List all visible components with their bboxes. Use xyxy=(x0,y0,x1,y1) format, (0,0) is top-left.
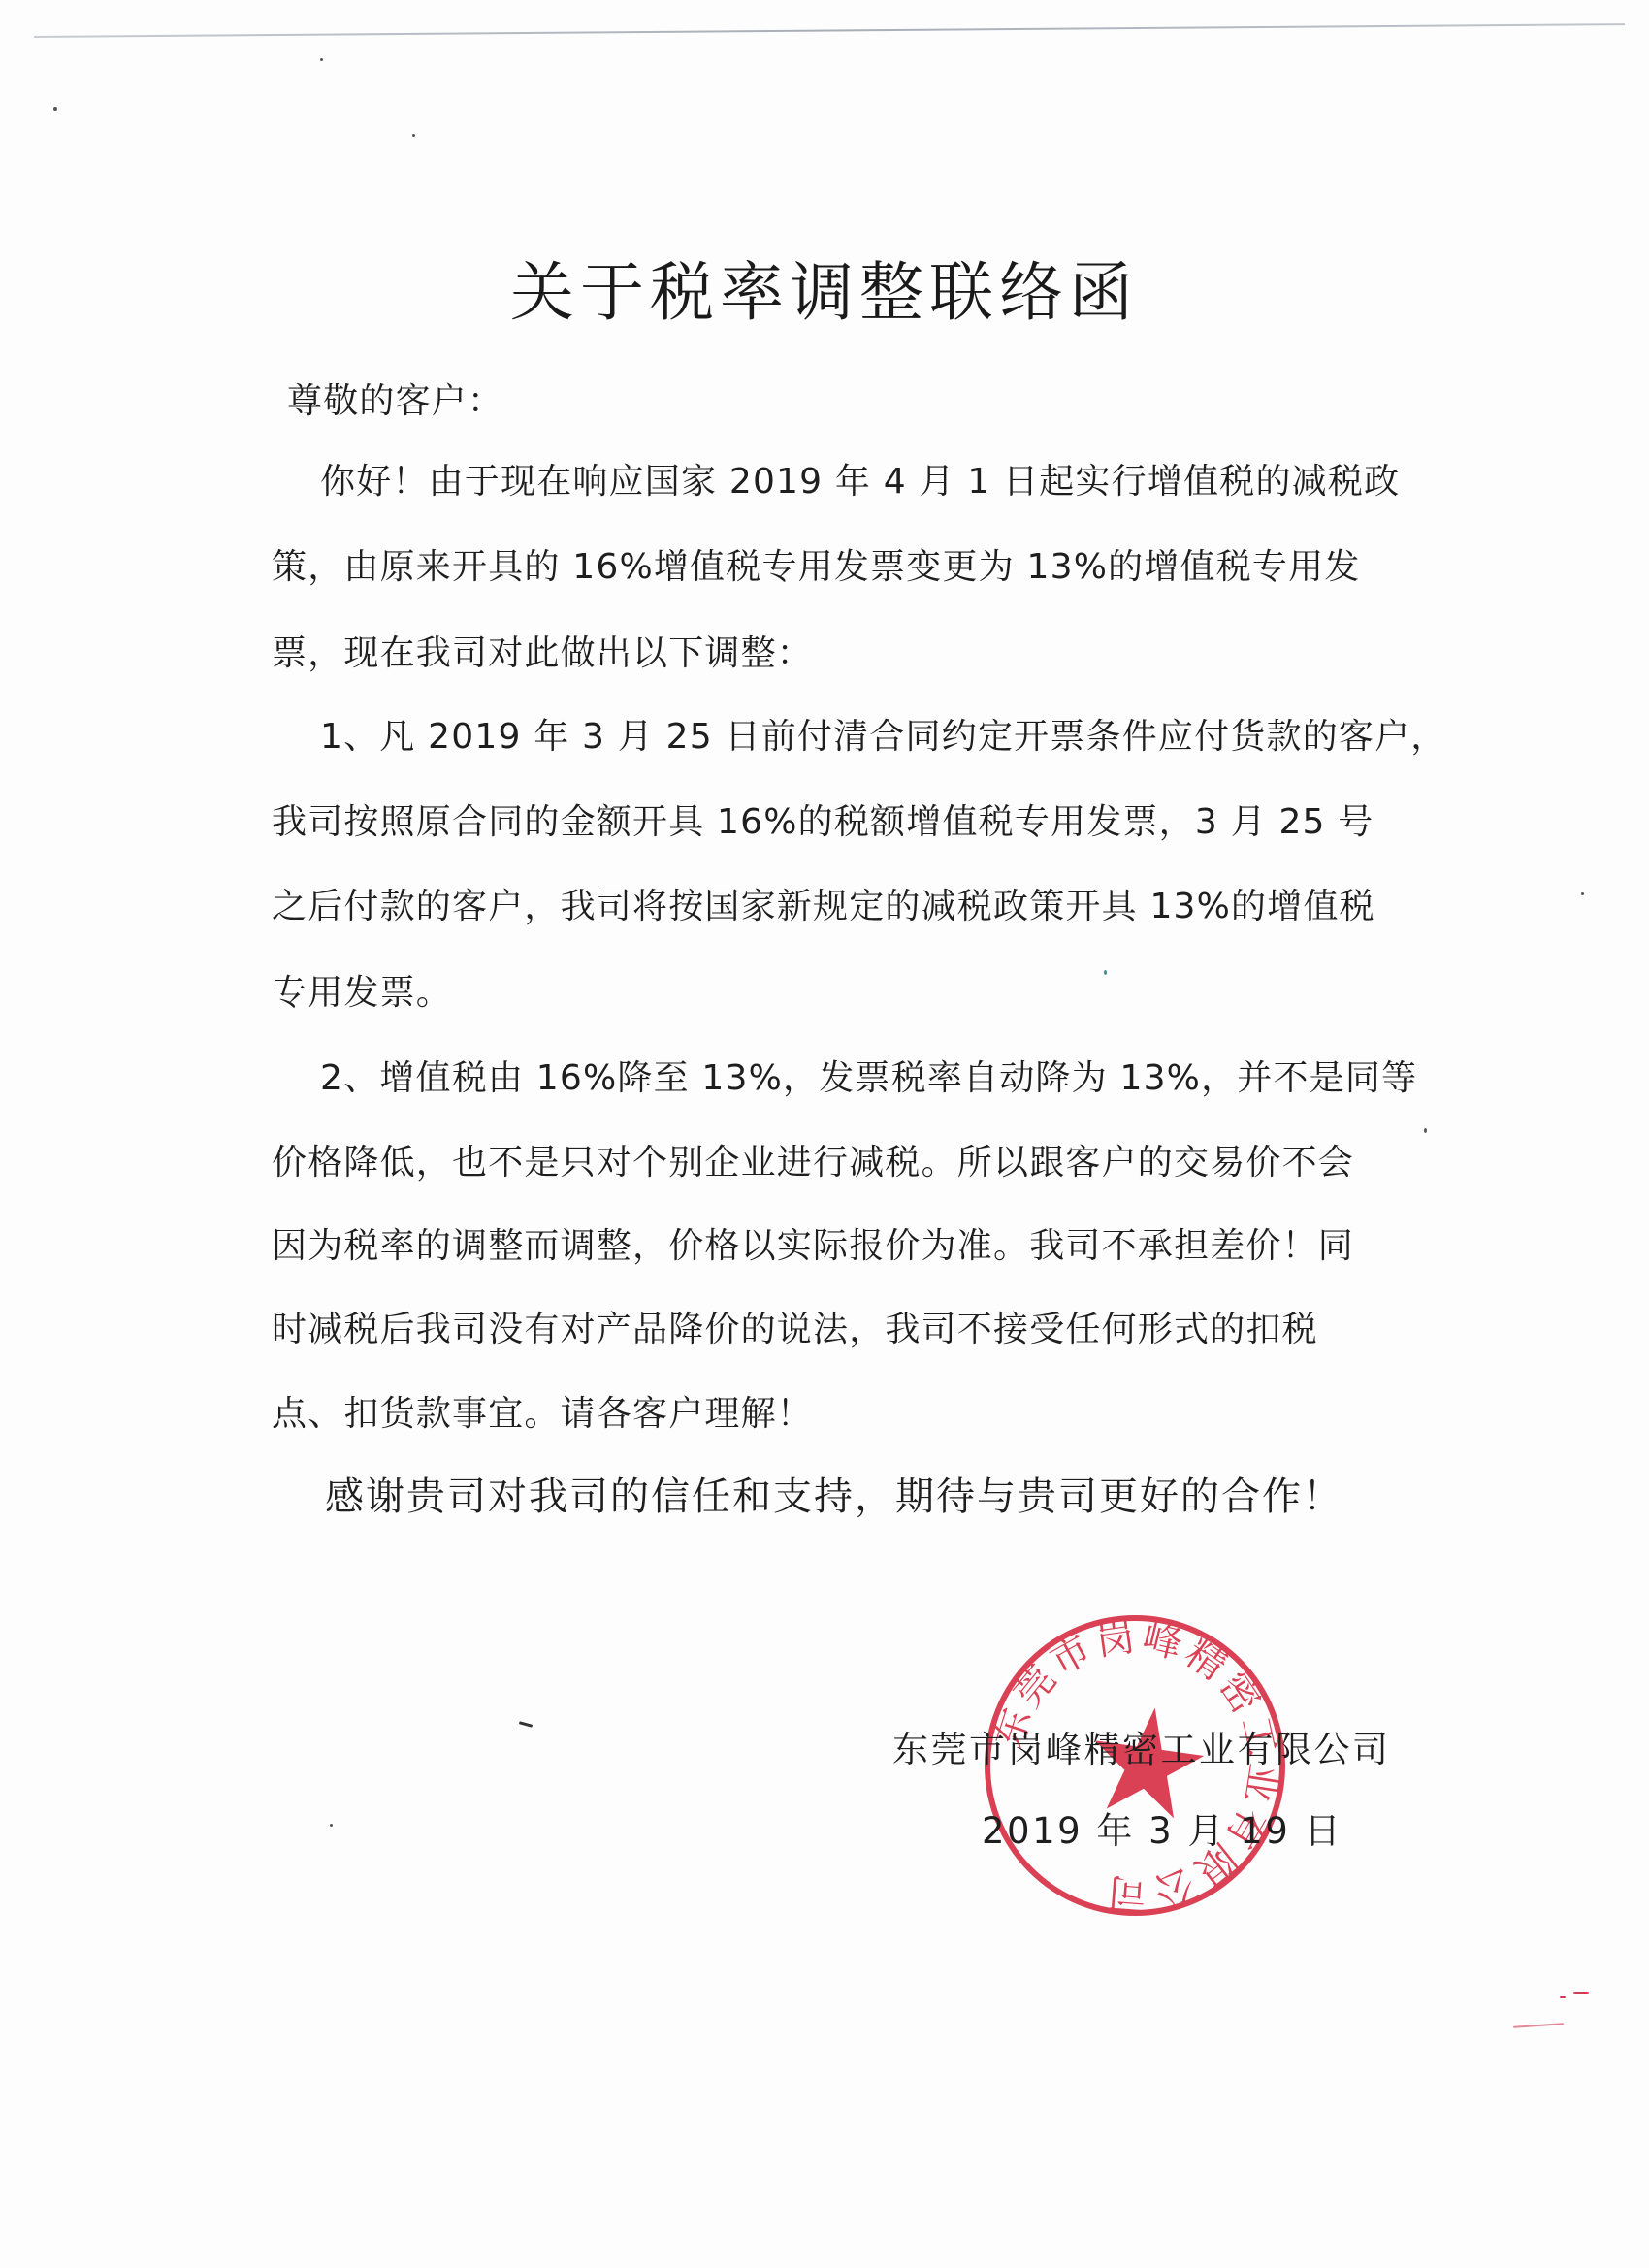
greeting: 尊敬的客户： xyxy=(287,380,503,423)
scan-speck xyxy=(330,1824,333,1827)
scan-speck xyxy=(53,107,57,111)
scan-speck xyxy=(1513,2023,1564,2028)
body-line: 票，现在我司对此做出以下调整： xyxy=(272,632,813,675)
body-line: 因为税率的调整而调整，价格以实际报价为准。我司不承担差价！同 xyxy=(272,1225,1354,1268)
body-line: 策，由原来开具的 16%增值税专用发票变更为 13%的增值税专用发 xyxy=(272,546,1361,589)
scanned-letter-page: 关于税率调整联络函 尊敬的客户： 你好！由于现在响应国家 2019 年 4 月 … xyxy=(0,0,1649,2268)
scan-speck xyxy=(1424,1128,1427,1133)
body-line: 价格降低，也不是只对个别企业进行减税。所以跟客户的交易价不会 xyxy=(272,1142,1354,1184)
document-title: 关于税率调整联络函 xyxy=(0,241,1649,333)
scan-speck xyxy=(320,58,323,61)
body-line: 之后付款的客户，我司将按国家新规定的减税政策开具 13%的增值税 xyxy=(272,886,1375,928)
body-line: 2、增值税由 16%降至 13%，发票税率自动降为 13%，并不是同等 xyxy=(320,1057,1417,1100)
company-name: 东莞市岗峰精密工业有限公司 xyxy=(892,1729,1391,1771)
body-line: 1、凡 2019 年 3 月 25 日前付清合同约定开票条件应付货款的客户， xyxy=(320,716,1447,759)
closing-line: 感谢贵司对我司的信任和支持，期待与贵司更好的合作！ xyxy=(325,1475,1343,1518)
signature-date: 2019 年 3 月 19 日 xyxy=(982,1810,1342,1853)
scan-speck xyxy=(519,1721,533,1728)
body-line: 时减税后我司没有对产品降价的说法，我司不接受任何形式的扣税 xyxy=(272,1309,1318,1351)
scan-speck xyxy=(1573,1992,1589,1994)
body-line: 专用发票。 xyxy=(272,972,452,1015)
scan-speck xyxy=(1581,892,1584,895)
body-line: 我司按照原合同的金额开具 16%的税额增值税专用发票，3 月 25 号 xyxy=(272,801,1374,844)
scan-speck xyxy=(1104,970,1107,975)
body-line: 你好！由于现在响应国家 2019 年 4 月 1 日起实行增值税的减税政 xyxy=(320,461,1400,503)
scan-speck xyxy=(1560,1996,1566,1998)
scan-edge-line xyxy=(34,23,1625,38)
scan-speck xyxy=(412,134,415,137)
body-line: 点、扣货款事宜。请各客户理解！ xyxy=(272,1393,813,1436)
